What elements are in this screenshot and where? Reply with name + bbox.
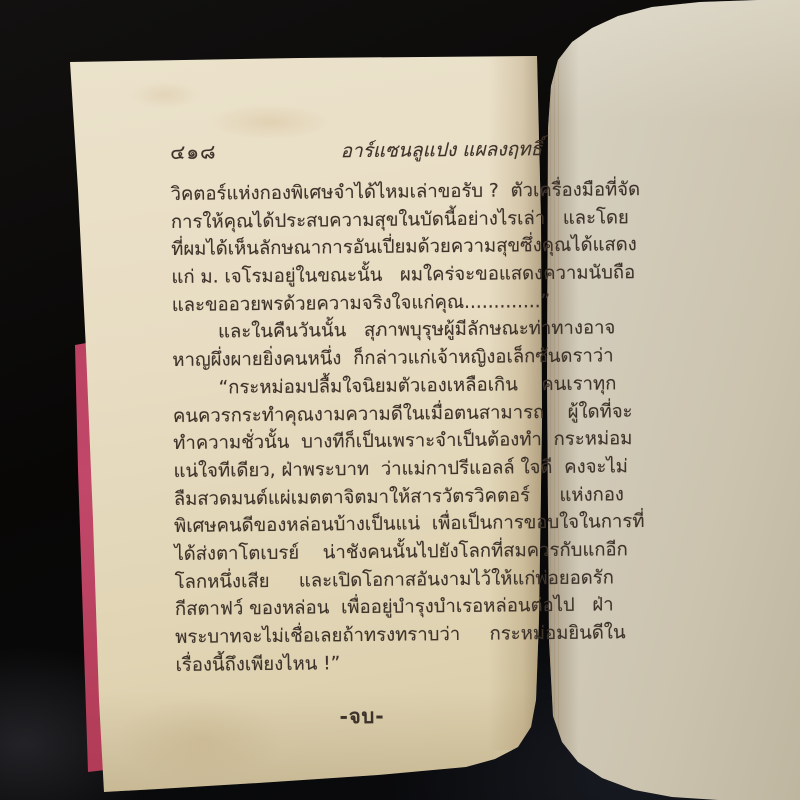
body-line: คนควรกระทำคุณงามความดีในเมื่อตนสามารถ ผู… [173, 399, 545, 431]
body-line: แก่ ม. เจโรมอยู่ในขณะนั้น ผมใคร่จะขอแสดง… [171, 260, 543, 292]
body-line: พระบาทจะไม่เชื่อเลยถ้าทรงทราบว่า กระหม่อ… [175, 620, 547, 652]
page-number: ๔๑๘ [170, 136, 217, 168]
body-text: วิคตอร์แห่งกองพิเศษจำได้ไหมเล่าขอรับ ? ต… [170, 177, 547, 679]
body-line: วิคตอร์แห่งกองพิเศษจำได้ไหมเล่าขอรับ ? ต… [170, 177, 542, 209]
body-line: การให้คุณได้ประสบความสุขในบัดนี้อย่างไรเ… [171, 205, 543, 237]
body-line: หาญผึ่งผายยิ่งคนหนึ่ง ก็กล่าวแก่เจ้าหญิง… [172, 343, 544, 375]
body-line: พิเศษคนดีของหล่อนบ้างเป็นแน่ เพื่อเป็นกา… [174, 509, 546, 541]
body-line: ลืมสวดมนต์แผ่เมตตาจิตมาให้สารวัตรวิคตอร์… [174, 482, 546, 514]
running-title: อาร์แซนลูแปง แผลงฤทธิ์ [340, 134, 542, 166]
photo-background: ๔๑๘ อาร์แซนลูแปง แผลงฤทธิ์ วิคตอร์แห่งกอ… [0, 0, 800, 800]
body-line: และขออวยพรด้วยความจริงใจแก่คุณ..........… [172, 288, 544, 320]
page-header: ๔๑๘ อาร์แซนลูแปง แผลงฤทธิ์ [170, 132, 542, 168]
page-content: ๔๑๘ อาร์แซนลูแปง แผลงฤทธิ์ วิคตอร์แห่งกอ… [170, 132, 548, 734]
body-line: และในคืนวันนั้น สุภาพบุรุษผู้มีลักษณะท่า… [172, 316, 544, 348]
body-line: แน่ใจทีเดียว, ฝ่าพระบาท ว่าแม่กาปรีแอลล์… [173, 454, 545, 486]
body-line: โลกหนึ่งเสีย และเปิดโอกาสอันงามไว้ให้แก่… [175, 565, 547, 597]
body-line: เรื่องนี้ถึงเพียงไหน !” [175, 648, 547, 680]
page-leaf-edges [546, 40, 562, 760]
stack-top-highlight [540, 0, 800, 120]
body-line: “กระหม่อมปลื้มใจนิยมตัวเองเหลือเกิน คนเร… [173, 371, 545, 403]
body-line: ได้ส่งตาโตเบรย์ น่าชังคนนั้นไปยังโลกที่ส… [174, 537, 546, 569]
end-mark: -จบ- [176, 698, 548, 734]
body-line: ทำความชั่วนั้น บางทีก็เป็นเพราะจำเป็นต้อ… [173, 426, 545, 458]
body-line: กีสตาฟว์ ของหล่อน เพื่ออยู่บำรุงบำเรอหล่… [175, 592, 547, 624]
body-line: ที่ผมได้เห็นลักษณาการอันเปี่ยมด้วยความสุ… [171, 232, 543, 264]
